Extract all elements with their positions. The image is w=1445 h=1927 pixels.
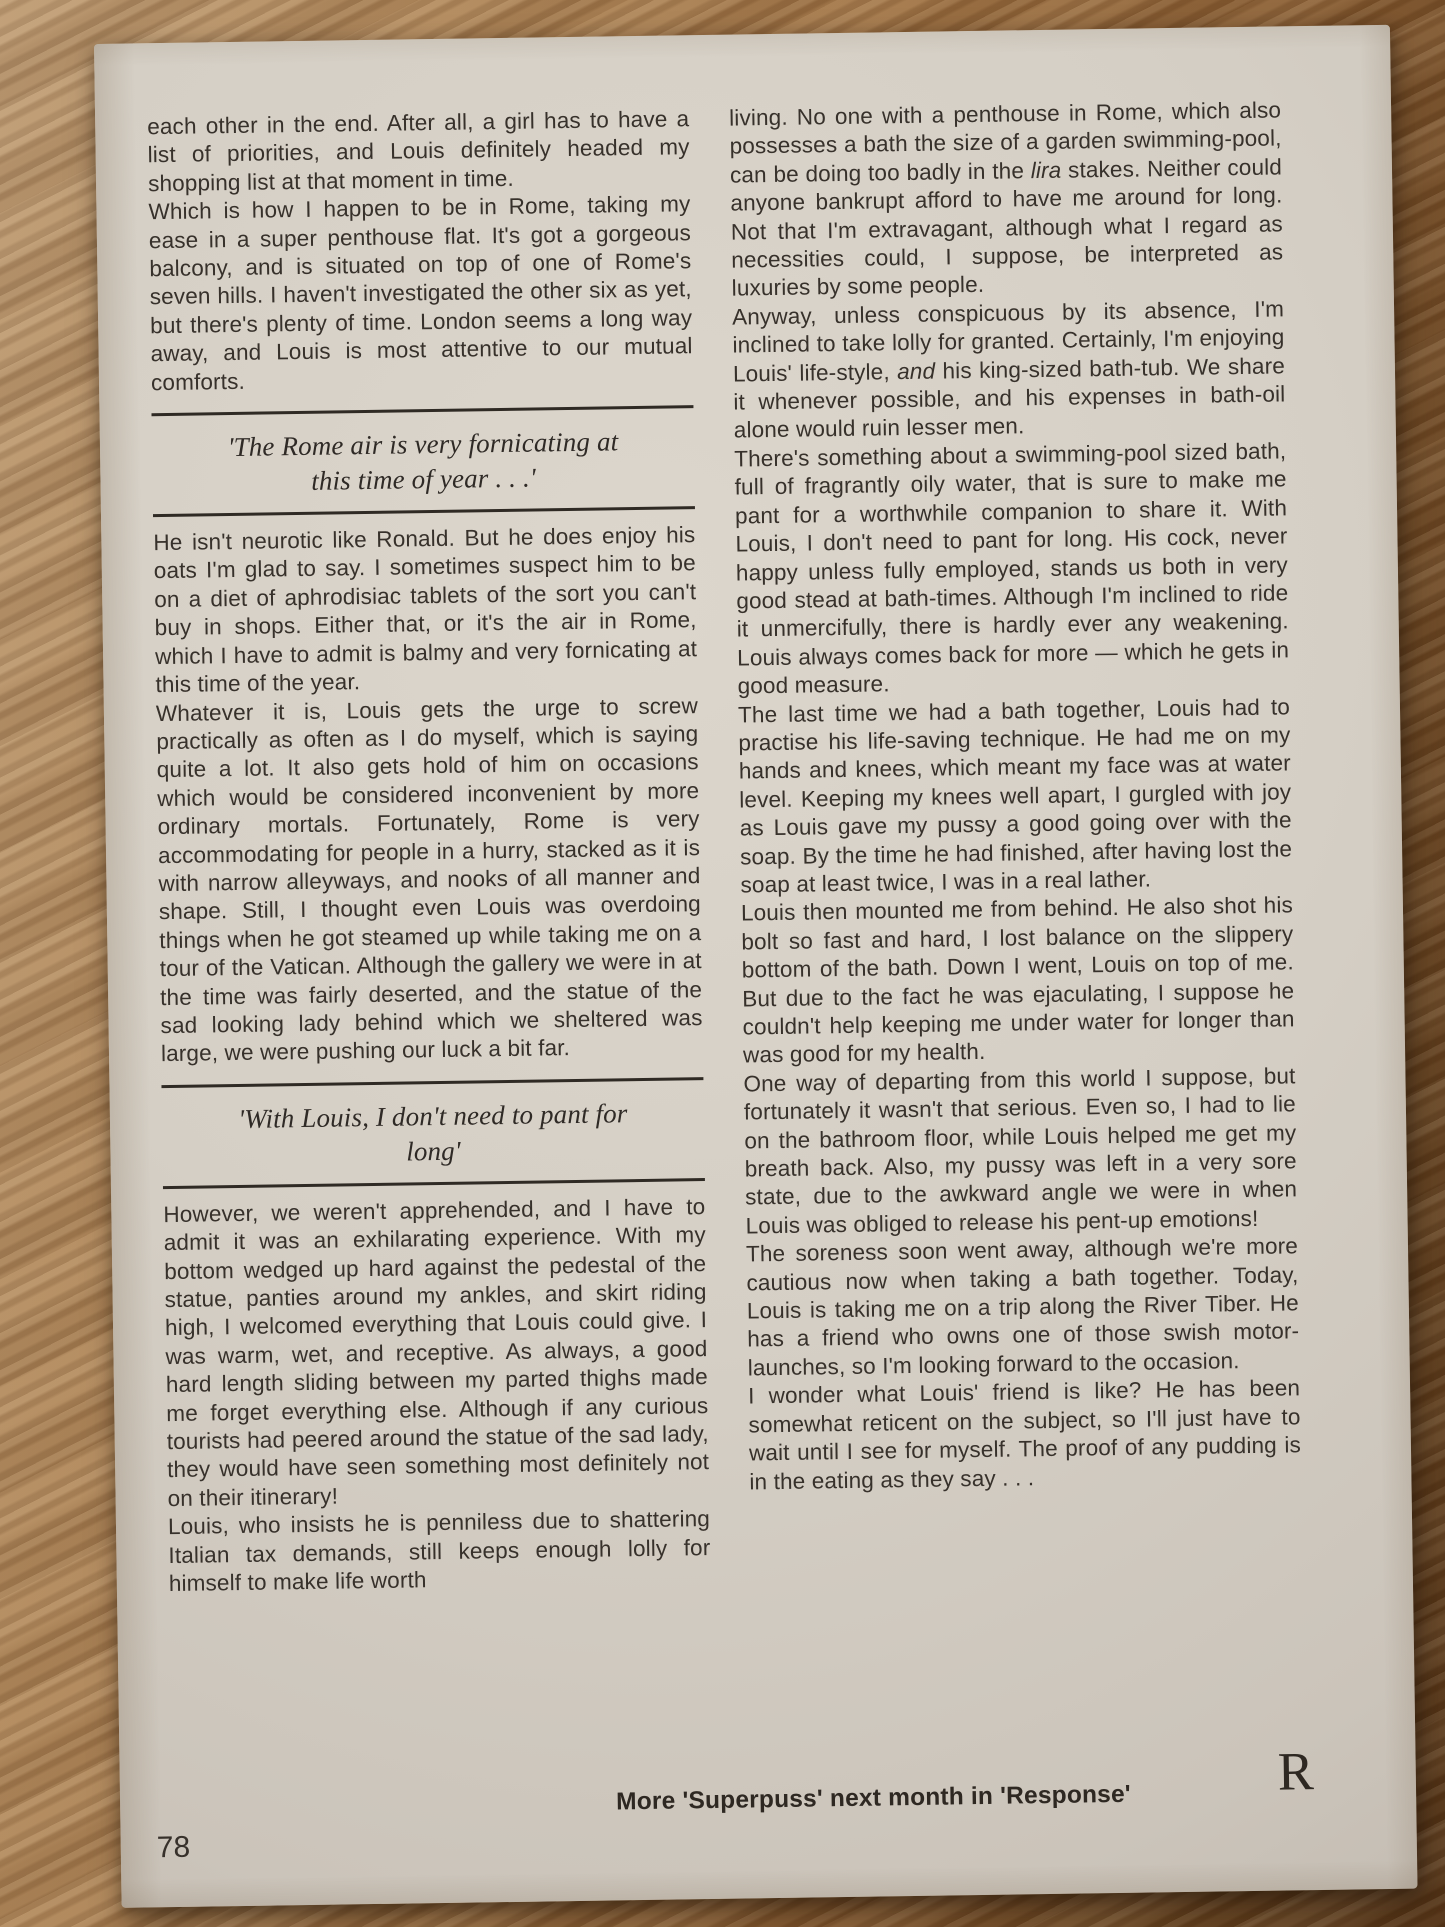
wood-desk-background: each other in the end. After all, a girl…	[0, 0, 1445, 1927]
footer-teaser: More 'Superpuss' next month in 'Response…	[616, 1777, 1377, 1868]
text-run: Whatever it is, Louis gets the urge to s…	[156, 693, 703, 1067]
paragraph: There's something about a swimming-pool …	[734, 437, 1290, 701]
text-column-left: each other in the end. After all, a girl…	[147, 105, 711, 1598]
paragraph: I wonder what Louis' friend is like? He …	[748, 1375, 1302, 1497]
paragraph: One way of departing from this world I s…	[743, 1062, 1297, 1241]
italic-text-run: and	[897, 358, 935, 384]
paragraph: Whatever it is, Louis gets the urge to s…	[156, 692, 703, 1069]
text-column-right: living. No one with a penthouse in Rome,…	[729, 96, 1302, 1496]
paragraph: Anyway, unless conspicuous by its absenc…	[732, 295, 1286, 445]
pull-quote: 'The Rome air is very fornicating atthis…	[151, 405, 694, 517]
paragraph: Which is how I happen to be in Rome, tak…	[148, 190, 693, 397]
text-run: The last time we had a bath together, Lo…	[738, 694, 1292, 898]
text-run: Louis, who insists he is penniless due t…	[168, 1506, 711, 1596]
pull-quote-text: 'With Louis, I don't need to pant forlon…	[161, 1080, 704, 1186]
paragraph: Louis then mounted me from behind. He al…	[741, 892, 1295, 1071]
magazine-page: each other in the end. After all, a girl…	[94, 25, 1418, 1908]
paragraph: The soreness soon went away, although we…	[746, 1233, 1300, 1383]
italic-text-run: lira	[1031, 157, 1062, 182]
pull-quote-text: 'The Rome air is very fornicating atthis…	[152, 408, 695, 514]
text-run: each other in the end. After all, a girl…	[147, 106, 690, 196]
text-run: Louis then mounted me from behind. He al…	[741, 893, 1295, 1068]
text-run: I wonder what Louis' friend is like? He …	[748, 1376, 1301, 1494]
paragraph: Louis, who insists he is penniless due t…	[168, 1505, 711, 1598]
paragraph: He isn't neurotic like Ronald. But he do…	[153, 521, 697, 699]
page-number: 78	[157, 1831, 191, 1865]
text-run: However, we weren't apprehended, and I h…	[163, 1194, 709, 1511]
pull-quote: 'With Louis, I don't need to pant forlon…	[161, 1077, 704, 1189]
footer-text: More 'Superpuss' next month in 'Response…	[616, 1781, 1131, 1816]
paragraph: each other in the end. After all, a girl…	[147, 105, 690, 198]
text-run: There's something about a swimming-pool …	[734, 438, 1289, 698]
paragraph: However, we weren't apprehended, and I h…	[163, 1193, 710, 1513]
text-run: Which is how I happen to be in Rome, tak…	[148, 191, 692, 394]
response-logo-r: R	[1277, 1744, 1314, 1799]
text-run: The soreness soon went away, although we…	[746, 1234, 1300, 1381]
text-run: He isn't neurotic like Ronald. But he do…	[153, 522, 697, 697]
paragraph: living. No one with a penthouse in Rome,…	[729, 96, 1284, 303]
text-run: One way of departing from this world I s…	[743, 1063, 1297, 1238]
paragraph: The last time we had a bath together, Lo…	[738, 693, 1293, 900]
